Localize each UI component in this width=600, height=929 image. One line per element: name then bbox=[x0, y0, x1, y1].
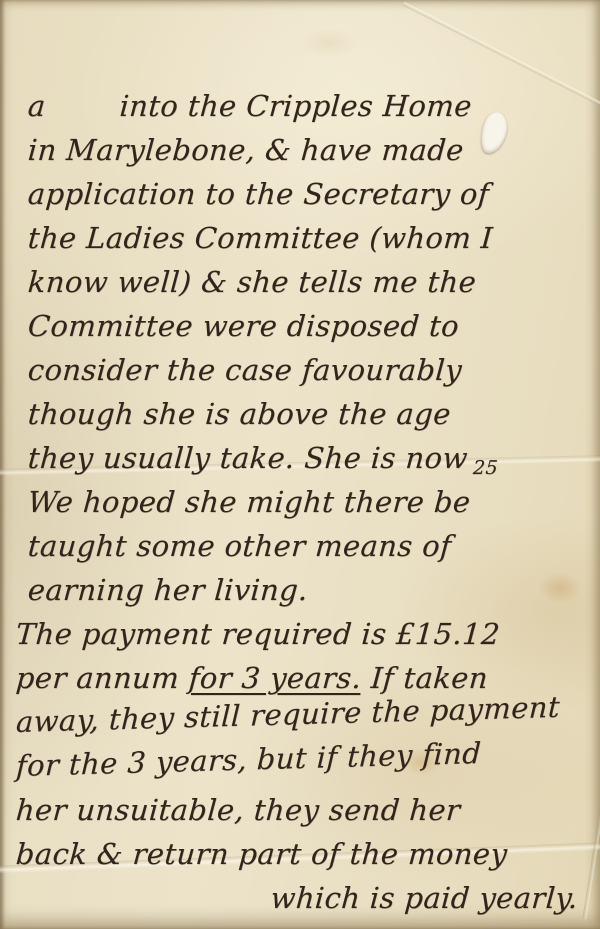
letter-line-19: which is paid yearly. bbox=[12, 876, 595, 920]
letter-line-9: they usually take. She is now25 bbox=[26, 436, 595, 480]
letter-line-18: back & return part of the money bbox=[14, 832, 595, 876]
handwritten-letter-page: { "colors": { "paper": "#e9dfc3", "ink":… bbox=[0, 0, 600, 929]
letter-body: ainto the Cripples Home in Marylebone, &… bbox=[14, 84, 594, 920]
letter-text: they usually take. She is now bbox=[27, 441, 469, 475]
letter-line-8: though she is above the age bbox=[26, 392, 595, 436]
letter-text: per annum bbox=[15, 661, 190, 695]
letter-text: into the Cripples Home bbox=[119, 89, 474, 123]
letter-line-17: her unsuitable, they send her bbox=[14, 788, 595, 832]
letter-line-3: application to the Secretary of bbox=[26, 172, 595, 216]
letter-line-2: in Marylebone, & have made bbox=[26, 128, 595, 172]
letter-line-4: the Ladies Committee (whom I bbox=[26, 216, 595, 260]
letter-line-12: earning her living. bbox=[26, 568, 595, 612]
letter-word: a bbox=[27, 89, 47, 123]
letter-line-7: consider the case favourably bbox=[26, 348, 595, 392]
letter-line-13: The payment required is £15.12 bbox=[14, 612, 595, 656]
letter-paper: ainto the Cripples Home in Marylebone, &… bbox=[0, 0, 600, 929]
letter-line-11: taught some other means of bbox=[26, 524, 595, 568]
age-annotation: 25 bbox=[472, 457, 499, 479]
letter-line-1: ainto the Cripples Home bbox=[26, 84, 595, 128]
underlined-phrase: for 3 years. bbox=[188, 661, 363, 695]
letter-line-6: Committee were disposed to bbox=[26, 304, 595, 348]
letter-line-10: We hoped she might there be bbox=[26, 480, 595, 524]
letter-line-5: know well) & she tells me the bbox=[26, 260, 595, 304]
paper-stain bbox=[300, 28, 360, 58]
